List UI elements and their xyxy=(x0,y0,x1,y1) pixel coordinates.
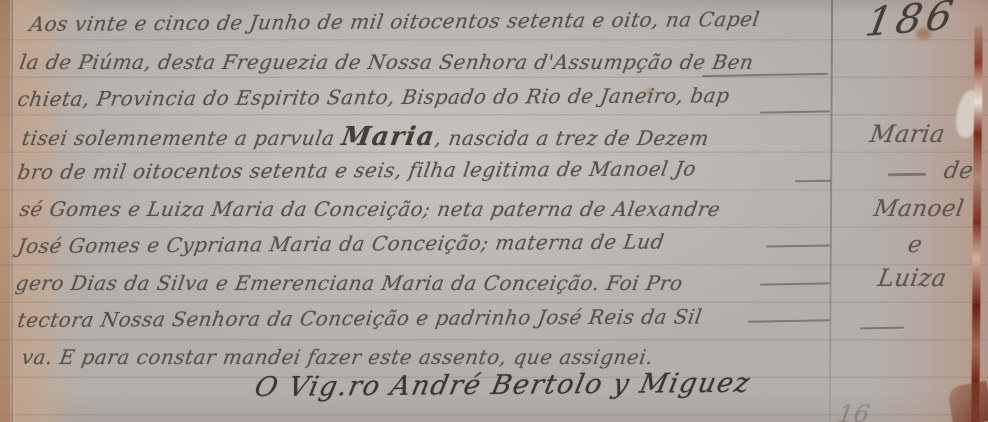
line-4-prefix: tisei solemnemente a parvula xyxy=(20,126,343,150)
manuscript-line-1: Aos vinte e cinco de Junho de mil oitoce… xyxy=(28,7,761,36)
margin-note-father-name: Manoel xyxy=(872,196,966,222)
line-4-suffix: , nascida a trez de Dezem xyxy=(433,126,711,150)
partial-next-record-number: 16 xyxy=(836,400,872,422)
manuscript-line-7: José Gomes e Cypriana Maria da Conceição… xyxy=(16,229,666,258)
manuscript-line-3: chieta, Provincia do Espirito Santo, Bis… xyxy=(16,83,731,111)
scanned-baptism-record-page: 186 Aos vinte e cinco de Junho de mil oi… xyxy=(0,0,988,422)
manuscript-line-6: sé Gomes e Luiza Maria da Conceição; net… xyxy=(18,197,722,221)
margin-note-de: de xyxy=(942,158,975,184)
manuscript-line-10: va. E para constar mandei fazer este ass… xyxy=(20,345,655,369)
margin-note-mother-name: Luiza xyxy=(876,264,949,292)
manuscript-line-4: tisei solemnemente a parvula Maria, nasc… xyxy=(20,122,711,152)
manuscript-line-2: la de Piúma, desta Freguezia de Nossa Se… xyxy=(18,50,755,74)
manuscript-line-5: bro de mil oitocentos setenta e seis, fi… xyxy=(16,156,698,184)
priest-signature: O Vig.ro André Bertolo y Miguez xyxy=(252,368,754,403)
manuscript-line-9: tectora Nossa Senhora da Conceição e pad… xyxy=(16,304,704,332)
left-margin-rule xyxy=(11,0,13,422)
manuscript-line-8: gero Dias da Silva e Emerenciana Maria d… xyxy=(14,271,685,295)
baptized-name-emphasis: Maria xyxy=(339,122,437,152)
margin-note-child-name: Maria xyxy=(868,120,947,148)
